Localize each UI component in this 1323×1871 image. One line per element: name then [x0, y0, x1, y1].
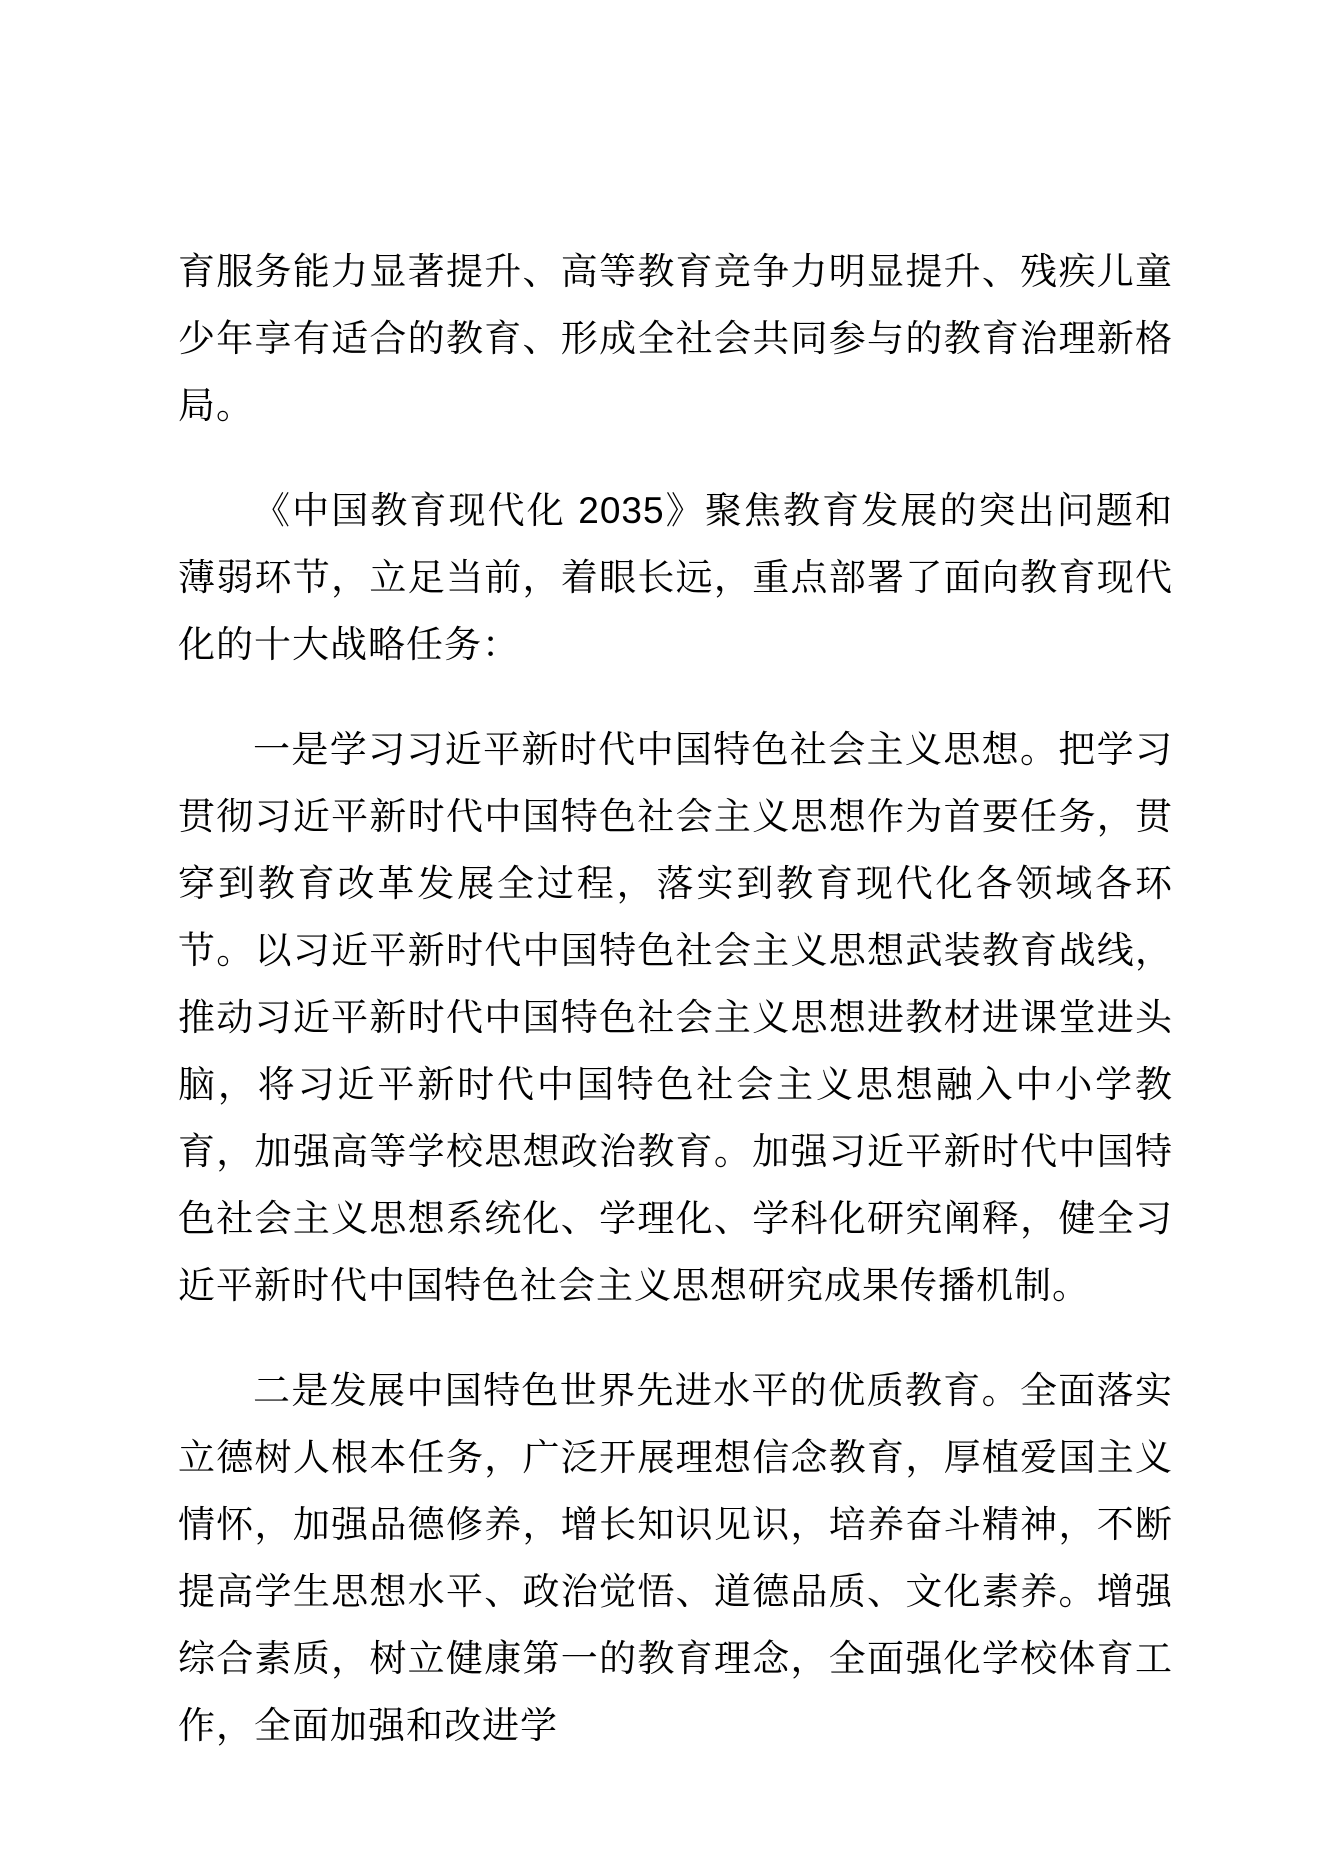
paragraph-task-one: 一是学习习近平新时代中国特色社会主义思想。把学习贯彻习近平新时代中国特色社会主义…	[178, 716, 1173, 1319]
paragraph-overview: 《中国教育现代化 2035》聚焦教育发展的突出问题和薄弱环节，立足当前，着眼长远…	[178, 477, 1173, 678]
paragraph-task-two: 二是发展中国特色世界先进水平的优质教育。全面落实立德树人根本任务，广泛开展理想信…	[178, 1357, 1173, 1759]
document-page: 育服务能力显著提升、高等教育竞争力明显提升、残疾儿童少年享有适合的教育、形成全社…	[0, 0, 1323, 1871]
document-text-body: 育服务能力显著提升、高等教育竞争力明显提升、残疾儿童少年享有适合的教育、形成全社…	[178, 238, 1173, 1759]
paragraph-continuation: 育服务能力显著提升、高等教育竞争力明显提升、残疾儿童少年享有适合的教育、形成全社…	[178, 238, 1173, 439]
